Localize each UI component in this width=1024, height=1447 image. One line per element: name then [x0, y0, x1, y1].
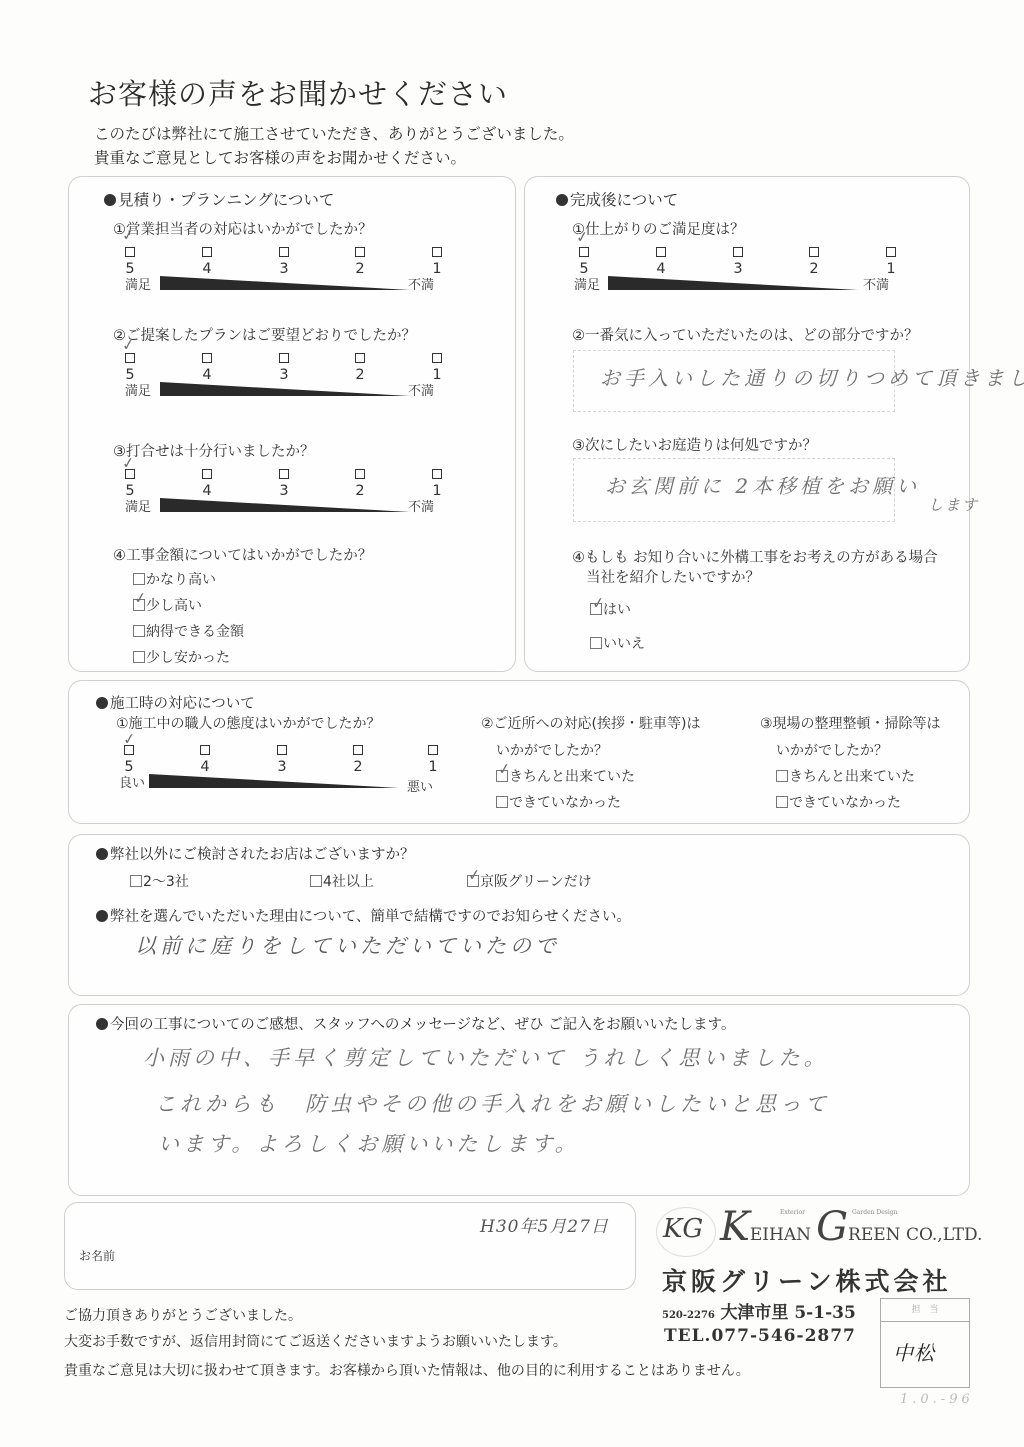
- rating-num: 2: [348, 759, 368, 775]
- rating-num: 4: [195, 759, 215, 775]
- check-mark-icon: ✓: [133, 588, 148, 608]
- construction-heading: 施工時の対応について: [96, 692, 255, 713]
- scale-wedge: [160, 276, 410, 290]
- rating-num: 3: [728, 261, 748, 277]
- scale-left-label: 良い: [119, 772, 145, 791]
- other-shops-heading: 弊社以外にご検討されたお店はございますか？: [96, 843, 415, 864]
- scale-right-label: 不満: [863, 274, 889, 293]
- checkbox[interactable]: [310, 875, 322, 887]
- check-mark-icon: ✓: [591, 593, 606, 613]
- intro-line-2: 貴重なご意見としてお客様の声をお聞かせください。: [94, 146, 466, 168]
- rating-1-checkbox[interactable]: [886, 247, 896, 257]
- comments-heading: 今回の工事についてのご感想、スタッフへのメッセージなど、ぜひ ご記入をお願いいた…: [96, 1013, 736, 1034]
- neighbor-option-bad[interactable]: できていなかった: [496, 792, 621, 812]
- checkbox[interactable]: [776, 770, 788, 782]
- check-mark-icon: ✓: [121, 453, 136, 473]
- intro-line-1: このたびは弊社にて施工させていただき、ありがとうございました。: [94, 122, 574, 144]
- construction-q1-label: ①施工中の職人の態度はいかがでしたか？: [116, 713, 381, 733]
- rating-num: 3: [272, 759, 292, 775]
- estimate-q2-scale: 5 4 3 2 1 満足 不満 ✓: [120, 348, 440, 418]
- handwritten-comment-line-3: います。よろしくお願いいたします。: [158, 1128, 580, 1158]
- checkbox[interactable]: [590, 637, 602, 649]
- scale-left-label: 満足: [125, 496, 151, 515]
- scale-left-label: 満足: [125, 274, 151, 293]
- rating-1-checkbox[interactable]: [432, 247, 442, 257]
- bullet-icon: [96, 1018, 108, 1030]
- rating-5-checkbox[interactable]: [579, 247, 589, 257]
- bullet-icon: [104, 194, 116, 206]
- rating-num: 4: [197, 483, 217, 499]
- rating-1-checkbox[interactable]: [428, 745, 438, 755]
- scale-wedge: [608, 276, 858, 290]
- checkbox[interactable]: [496, 796, 508, 808]
- checkbox[interactable]: [133, 573, 145, 585]
- check-mark-icon: ✓: [122, 729, 137, 749]
- neighbor-option-good[interactable]: きちんと出来ていた: [496, 766, 635, 786]
- shops-option-2-3[interactable]: 2～3社: [130, 871, 189, 891]
- rating-1-checkbox[interactable]: [432, 469, 442, 479]
- rating-3-checkbox[interactable]: [279, 469, 289, 479]
- scale-right-label: 不満: [408, 274, 434, 293]
- construction-q1-scale: 5 4 3 2 1 良い 悪い ✓: [119, 740, 439, 810]
- rating-4-checkbox[interactable]: [202, 353, 212, 363]
- construction-q2-label-1: ②ご近所への対応(挨拶・駐車等)は: [481, 713, 700, 733]
- shops-option-4plus[interactable]: 4社以上: [310, 871, 374, 891]
- checkbox[interactable]: [130, 875, 142, 887]
- completion-q1-label: ①仕上がりのご満足度は？: [572, 218, 745, 239]
- rating-4-checkbox[interactable]: [202, 247, 212, 257]
- check-mark-icon: ✓: [121, 335, 136, 355]
- rating-3-checkbox[interactable]: [277, 745, 287, 755]
- staff-note: 1.0.-96: [900, 1392, 974, 1407]
- staff-box-label: 担 当: [881, 1299, 969, 1322]
- scale-wedge: [160, 498, 410, 512]
- rating-3-checkbox[interactable]: [733, 247, 743, 257]
- scale-right-label: 不満: [408, 380, 434, 399]
- estimate-heading: 見積り・プランニングについて: [104, 188, 334, 210]
- footer-privacy: 貴重なご意見は大切に扱わせて頂きます。お客様から頂いた情報は、他の目的に利用する…: [64, 1360, 750, 1380]
- handwritten-answer-next-garden: お玄関前に 2本移植をお願い: [605, 470, 920, 499]
- scale-left-label: 満足: [125, 380, 151, 399]
- staff-name-handwritten: 中松: [893, 1337, 935, 1366]
- completion-q3-label: ③次にしたいお庭造りは何処ですか？: [572, 434, 817, 455]
- footer-return-request: 大変お手数ですが、返信用封筒にてご返送くださいますようお願いいたします。: [64, 1331, 567, 1351]
- handwritten-comment-line-1: 小雨の中、手早く剪定していただいて うれしく思いました。: [143, 1042, 829, 1072]
- check-mark-icon: ✓: [121, 225, 136, 245]
- rating-num: 1: [423, 759, 443, 775]
- price-option-fair[interactable]: 納得できる金額: [133, 621, 244, 641]
- completion-q4-label-2: 当社を紹介したいですか？: [586, 566, 760, 587]
- construction-q2-label-2: いかがでしたか？: [496, 740, 608, 760]
- estimate-q4-label: ④工事金額についてはいかがでしたか？: [113, 544, 372, 565]
- rating-2-checkbox[interactable]: [355, 469, 365, 479]
- handwritten-answer-favorite: お手入いした通りの切りつめて頂きました。: [600, 362, 1024, 391]
- company-address: 520-2276 大津市里 5-1-35: [662, 1298, 856, 1323]
- reason-heading: 弊社を選んでいただいた理由について、簡単で結構ですのでお知らせください。: [96, 905, 631, 926]
- rating-num: 4: [651, 261, 671, 277]
- scale-left-label: 満足: [574, 274, 600, 293]
- handwritten-date: H30年5月27日: [480, 1212, 609, 1237]
- rating-5-checkbox[interactable]: [125, 247, 135, 257]
- company-name-jp: 京阪グリーン株式会社: [662, 1262, 952, 1298]
- checkbox[interactable]: [776, 796, 788, 808]
- bullet-icon: [96, 848, 108, 860]
- estimate-q3-scale: 5 4 3 2 1 満足 不満 ✓: [120, 464, 440, 534]
- check-mark-icon: ✓: [575, 227, 590, 247]
- completion-heading: 完成後について: [556, 188, 678, 210]
- rating-2-checkbox[interactable]: [809, 247, 819, 257]
- cleanup-option-good[interactable]: きちんと出来ていた: [776, 766, 915, 786]
- rating-num: 2: [804, 261, 824, 277]
- scale-right-label: 不満: [408, 496, 434, 515]
- staff-box: 担 当 中松: [880, 1298, 970, 1388]
- estimate-q1-scale: 5 4 3 2 1 満足 不満 ✓: [120, 242, 440, 312]
- shops-option-keihan-only[interactable]: 京阪グリーンだけ: [467, 871, 592, 891]
- footer-thanks: ご協力頂きありがとうございました。: [64, 1305, 302, 1325]
- check-mark-icon: ✓: [497, 759, 512, 779]
- handwritten-reason: 以前に庭りをしていただいていたので: [135, 930, 560, 960]
- check-mark-icon: ✓: [467, 865, 482, 885]
- construction-q3-label-2: いかがでしたか？: [776, 740, 888, 760]
- page-title: お客様の声をお聞かせください: [88, 72, 508, 113]
- logo-tag-garden-design: Garden Design: [852, 1209, 897, 1216]
- rating-num: 4: [197, 367, 217, 383]
- price-option-slightly-cheap[interactable]: 少し安かった: [133, 647, 230, 667]
- handwritten-answer-next-garden-cont: します: [928, 494, 979, 515]
- rating-num: 2: [350, 483, 370, 499]
- company-tel: TEL.077-546-2877: [664, 1326, 856, 1346]
- rating-4-checkbox[interactable]: [656, 247, 666, 257]
- construction-q3-label-1: ③現場の整理整頓・掃除等は: [760, 713, 941, 733]
- rating-4-checkbox[interactable]: [200, 745, 210, 755]
- checkbox[interactable]: [133, 651, 145, 663]
- bullet-icon: [96, 910, 108, 922]
- rating-5-checkbox[interactable]: [125, 353, 135, 363]
- company-logo-mark: KG: [656, 1207, 716, 1257]
- cleanup-option-bad[interactable]: できていなかった: [776, 792, 901, 812]
- rating-3-checkbox[interactable]: [279, 247, 289, 257]
- referral-option-no[interactable]: いいえ: [590, 633, 645, 653]
- estimate-q1-label: ①営業担当者の対応はいかがでしたか？: [113, 218, 373, 239]
- completion-q2-label: ②一番気に入っていただいたのは、どの部分ですか？: [572, 324, 919, 345]
- rating-num: 3: [274, 483, 294, 499]
- rating-num: 2: [350, 261, 370, 277]
- logo-tag-exterior: Exterior: [780, 1209, 805, 1216]
- checkbox[interactable]: [133, 625, 145, 637]
- estimate-q3-label: ③打合せは十分行いましたか？: [113, 440, 315, 461]
- rating-2-checkbox[interactable]: [355, 247, 365, 257]
- rating-num: 2: [350, 367, 370, 383]
- rating-3-checkbox[interactable]: [279, 353, 289, 363]
- rating-num: 4: [197, 261, 217, 277]
- rating-2-checkbox[interactable]: [355, 353, 365, 363]
- completion-q4-label-1: ④もしも お知り合いに外構工事をお考えの方がある場合: [572, 546, 938, 567]
- scale-wedge: [160, 382, 410, 396]
- bullet-icon: [96, 697, 108, 709]
- rating-4-checkbox[interactable]: [202, 469, 212, 479]
- rating-2-checkbox[interactable]: [353, 745, 363, 755]
- bullet-icon: [556, 194, 568, 206]
- price-option-very-high[interactable]: かなり高い: [133, 569, 216, 589]
- scale-wedge: [149, 774, 399, 788]
- estimate-q2-label: ②ご提案したプランはご要望どおりでしたか？: [113, 324, 416, 345]
- rating-num: 3: [274, 367, 294, 383]
- scale-right-label: 悪い: [407, 776, 433, 795]
- rating-1-checkbox[interactable]: [432, 353, 442, 363]
- completion-q1-scale: 5 4 3 2 1 満足 不満 ✓: [574, 242, 894, 312]
- rating-num: 3: [274, 261, 294, 277]
- name-label: お名前: [79, 1247, 115, 1264]
- handwritten-comment-line-2: これからも 防虫やその他の手入れをお願いしたいと思って: [155, 1088, 830, 1118]
